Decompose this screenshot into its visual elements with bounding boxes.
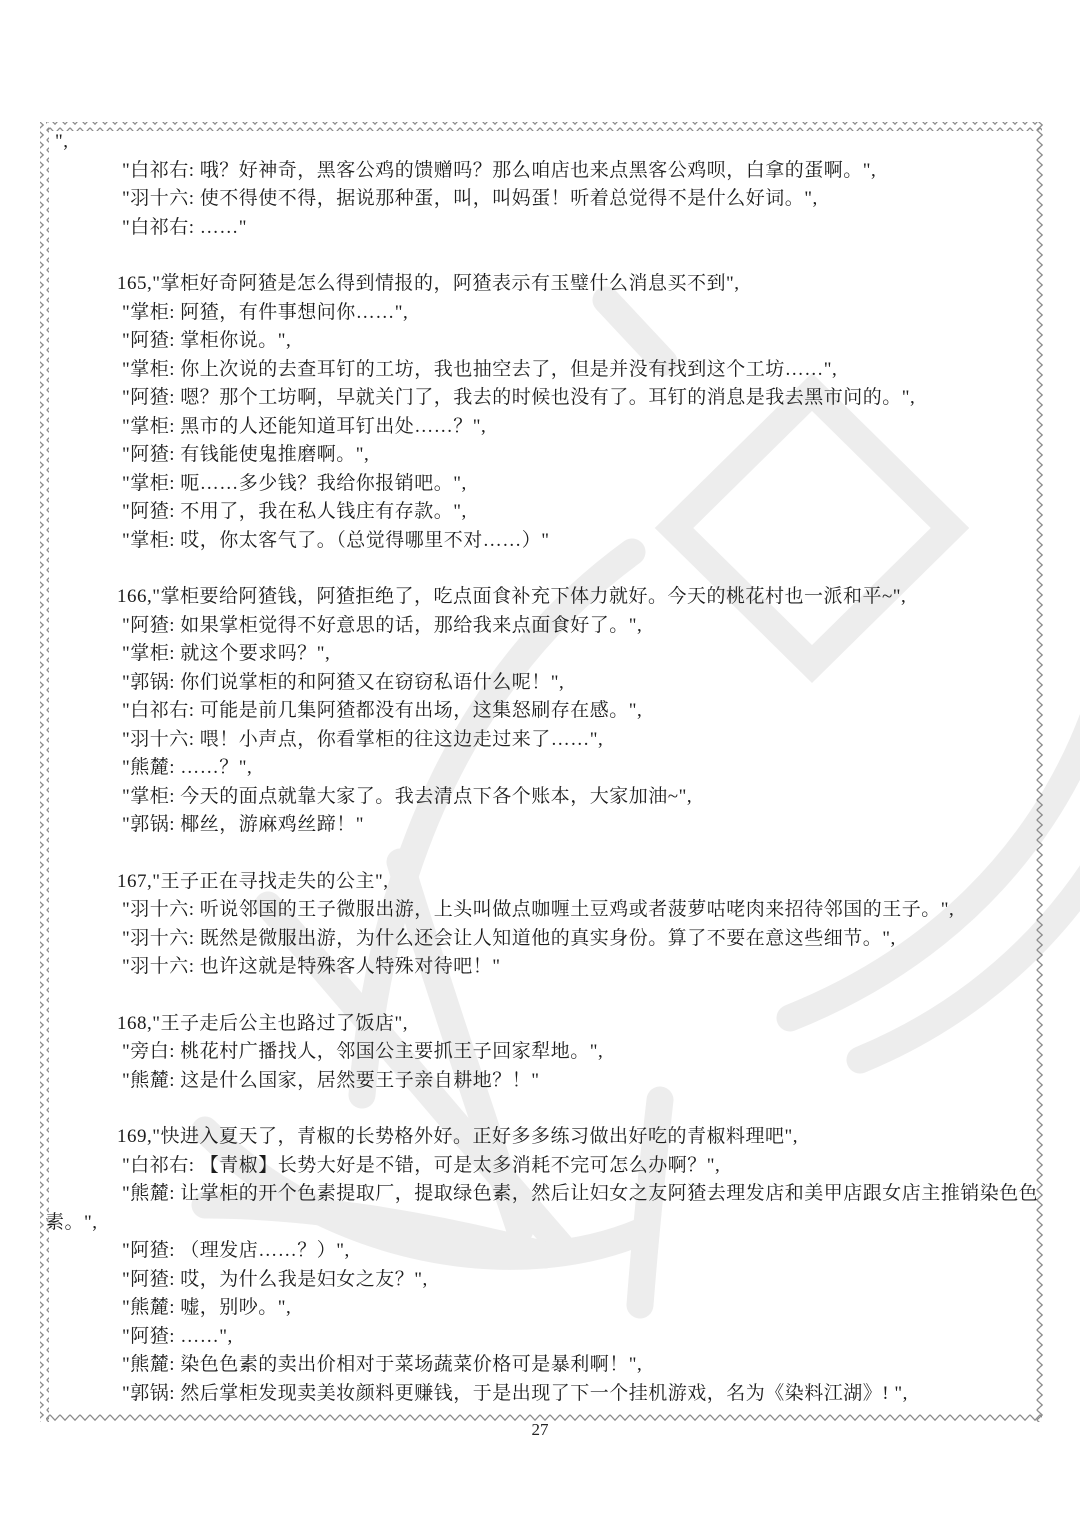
text-line: "羽十六: 既然是微服出游，为什么还会让人知道他的真实身份。算了不要在意这些细节…: [0, 925, 1080, 954]
text-line: 167,"王子正在寻找走失的公主",: [0, 868, 1080, 897]
text-line: "白祁右: 【青椒】长势大好是不错，可是太多消耗不完可怎么办啊？",: [0, 1152, 1080, 1181]
text-line: "羽十六: 使不得使不得，据说那种蛋，叫，叫妈蛋！听着总觉得不是什么好词。",: [0, 185, 1080, 214]
text-line: "掌柜: 就这个要求吗？",: [0, 640, 1080, 669]
text-line: "掌柜: 呃……多少钱？我给你报销吧。",: [0, 470, 1080, 499]
text-line: "掌柜: 哎，你太客气了。（总觉得哪里不对……）": [0, 527, 1080, 556]
text-line: "熊麓: 染色色素的卖出价相对于菜场蔬菜价格可是暴利啊！",: [0, 1351, 1080, 1380]
script-text: ","白祁右: 哦？好神奇，黑客公鸡的馈赠吗？那么咱店也来点黑客公鸡呗，白拿的蛋…: [0, 128, 1080, 1408]
text-line: "阿猹: 如果掌柜觉得不好意思的话，那给我来点面食好了。",: [0, 612, 1080, 641]
text-line: "白祁右: 哦？好神奇，黑客公鸡的馈赠吗？那么咱店也来点黑客公鸡呗，白拿的蛋啊。…: [0, 157, 1080, 186]
text-line: "掌柜: 今天的面点就靠大家了。我去清点下各个账本，大家加油~",: [0, 783, 1080, 812]
text-line: "郭锅: 椰丝，游麻鸡丝蹄！": [0, 811, 1080, 840]
text-line: "熊麓: 嘘，别吵。",: [0, 1294, 1080, 1323]
text-line: 166,"掌柜要给阿猹钱，阿猹拒绝了，吃点面食补充下体力就好。今天的桃花村也一派…: [0, 583, 1080, 612]
text-line: "阿猹: 不用了，我在私人钱庄有存款。",: [0, 498, 1080, 527]
text-line: "阿猹: 掌柜你说。",: [0, 327, 1080, 356]
script-block: ","白祁右: 哦？好神奇，黑客公鸡的馈赠吗？那么咱店也来点黑客公鸡呗，白拿的蛋…: [0, 128, 1080, 242]
text-line: "旁白: 桃花村广播找人，邻国公主要抓王子回家犁地。",: [0, 1038, 1080, 1067]
text-line: "熊麓: 让掌柜的开个色素提取厂，提取绿色素，然后让妇女之友阿猹去理发店和美甲店…: [0, 1180, 1080, 1209]
text-line: "掌柜: 阿猹，有件事想问你……",: [0, 299, 1080, 328]
text-line: "阿猹: 嗯？那个工坊啊，早就关门了，我去的时候也没有了。耳钉的消息是我去黑市问…: [0, 384, 1080, 413]
text-line: "羽十六: 也许这就是特殊客人特殊对待吧！": [0, 953, 1080, 982]
script-block: 165,"掌柜好奇阿猹是怎么得到情报的，阿猹表示有玉璧什么消息买不到","掌柜:…: [0, 270, 1080, 555]
text-line: 169,"快进入夏天了，青椒的长势格外好。正好多多练习做出好吃的青椒料理吧",: [0, 1123, 1080, 1152]
script-block: 168,"王子走后公主也路过了饭店","旁白: 桃花村广播找人，邻国公主要抓王子…: [0, 1010, 1080, 1096]
text-line: "掌柜: 黑市的人还能知道耳钉出处……？",: [0, 413, 1080, 442]
text-line: "羽十六: 听说邻国的王子微服出游，上头叫做点咖喱土豆鸡或者菠萝咕咾肉来招待邻国…: [0, 896, 1080, 925]
text-line: "掌柜: 你上次说的去查耳钉的工坊，我也抽空去了，但是并没有找到这个工坊……",: [0, 356, 1080, 385]
text-line: "白祁右: 可能是前几集阿猹都没有出场，这集怒刷存在感。",: [0, 697, 1080, 726]
text-line: "阿猹: 有钱能使鬼推磨啊。",: [0, 441, 1080, 470]
script-block: 169,"快进入夏天了，青椒的长势格外好。正好多多练习做出好吃的青椒料理吧","…: [0, 1123, 1080, 1408]
text-line: "阿猹: 哎，为什么我是妇女之友？",: [0, 1266, 1080, 1295]
text-line: "阿猹: ……",: [0, 1323, 1080, 1352]
text-line: 168,"王子走后公主也路过了饭店",: [0, 1010, 1080, 1039]
text-line: "郭锅: 然后掌柜发现卖美妆颜料更赚钱，于是出现了下一个挂机游戏，名为《染料江湖…: [0, 1380, 1080, 1409]
script-block: 166,"掌柜要给阿猹钱，阿猹拒绝了，吃点面食补充下体力就好。今天的桃花村也一派…: [0, 583, 1080, 840]
text-line: "郭锅: 你们说掌柜的和阿猹又在窃窃私语什么呢！",: [0, 669, 1080, 698]
text-line: "羽十六: 喂！小声点，你看掌柜的往这边走过来了……",: [0, 726, 1080, 755]
text-line: "熊麓: 这是什么国家，居然要王子亲自耕地？！": [0, 1067, 1080, 1096]
document-page: ","白祁右: 哦？好神奇，黑客公鸡的馈赠吗？那么咱店也来点黑客公鸡呗，白拿的蛋…: [0, 0, 1080, 1528]
text-line: 素。",: [0, 1209, 1080, 1238]
text-line: "阿猹: （理发店……？）",: [0, 1237, 1080, 1266]
page-number: 27: [0, 1418, 1080, 1442]
text-line: 165,"掌柜好奇阿猹是怎么得到情报的，阿猹表示有玉璧什么消息买不到",: [0, 270, 1080, 299]
text-line: "白祁右: ……": [0, 214, 1080, 243]
text-line: ",: [0, 128, 1080, 157]
text-line: "熊麓: ……？",: [0, 754, 1080, 783]
script-block: 167,"王子正在寻找走失的公主","羽十六: 听说邻国的王子微服出游，上头叫做…: [0, 868, 1080, 982]
